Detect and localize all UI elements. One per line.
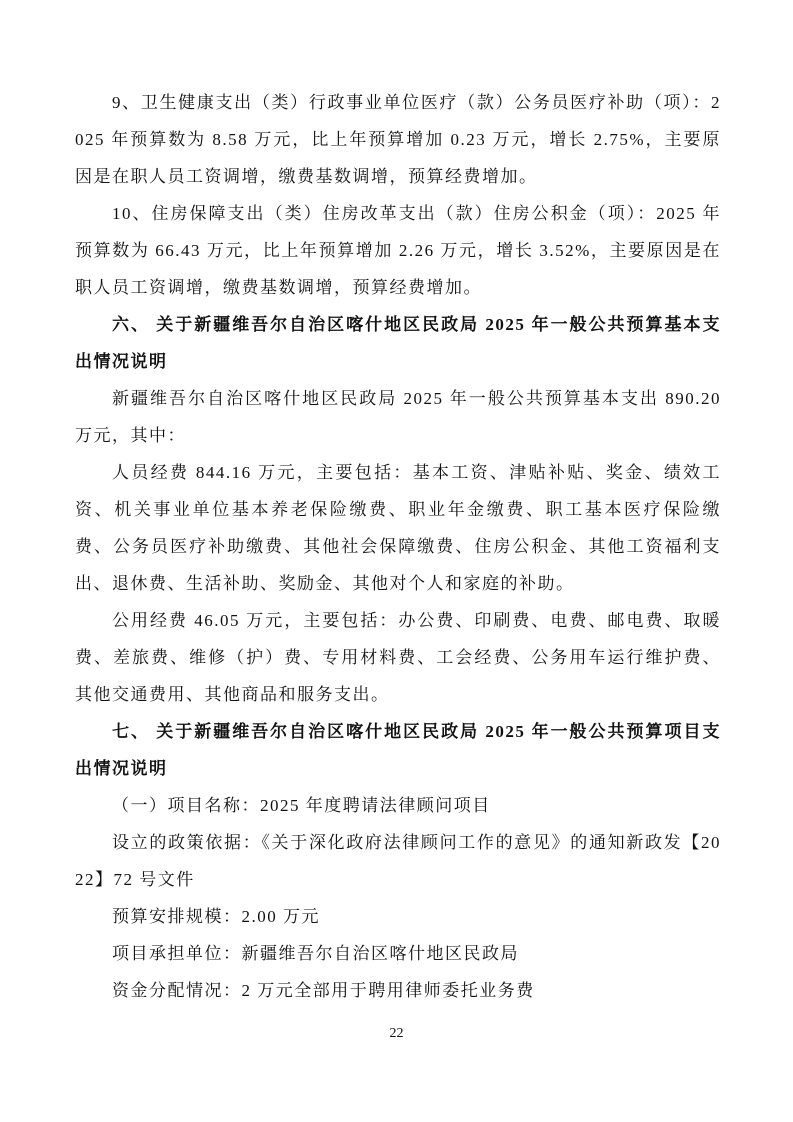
paragraph-10-housing-expenditure: 10、住房保障支出（类）住房改革支出（款）住房公积金（项）：2025 年预算数为… <box>75 195 721 306</box>
document-page: 9、卫生健康支出（类）行政事业单位医疗（款）公务员医疗补助（项）：2025 年预… <box>0 0 793 1122</box>
personnel-funds-paragraph: 人员经费 844.16 万元，主要包括：基本工资、津贴补贴、奖金、绩效工资、机关… <box>75 454 721 602</box>
undertaking-unit-line: 项目承担单位：新疆维吾尔自治区喀什地区民政局 <box>75 935 721 972</box>
page-number: 22 <box>0 1026 793 1042</box>
budget-scale-line: 预算安排规模：2.00 万元 <box>75 898 721 935</box>
document-body: 9、卫生健康支出（类）行政事业单位医疗（款）公务员医疗补助（项）：2025 年预… <box>75 84 721 1009</box>
section-7-heading: 七、 关于新疆维吾尔自治区喀什地区民政局 2025 年一般公共预算项目支出情况说… <box>75 713 721 787</box>
fund-allocation-line: 资金分配情况：2 万元全部用于聘用律师委托业务费 <box>75 972 721 1009</box>
project-name-line: （一）项目名称：2025 年度聘请法律顾问项目 <box>75 787 721 824</box>
section-6-heading: 六、 关于新疆维吾尔自治区喀什地区民政局 2025 年一般公共预算基本支出情况说… <box>75 306 721 380</box>
paragraph-9-health-expenditure: 9、卫生健康支出（类）行政事业单位医疗（款）公务员医疗补助（项）：2025 年预… <box>75 84 721 195</box>
basic-expenditure-intro: 新疆维吾尔自治区喀什地区民政局 2025 年一般公共预算基本支出 890.20 … <box>75 380 721 454</box>
policy-basis-line: 设立的政策依据：《关于深化政府法律顾问工作的意见》的通知新政发【2022】72 … <box>75 824 721 898</box>
public-funds-paragraph: 公用经费 46.05 万元，主要包括：办公费、印刷费、电费、邮电费、取暖费、差旅… <box>75 602 721 713</box>
